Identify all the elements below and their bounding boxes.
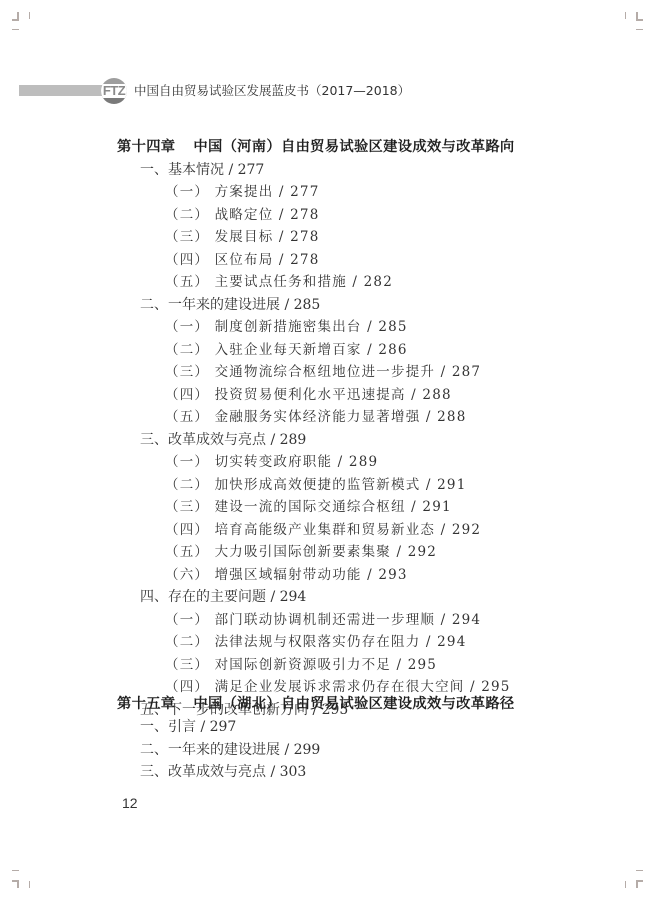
toc-subsection-entry[interactable]: （二） 法律法规与权限落实仍存在阻力 / 294 xyxy=(165,632,467,652)
chapter-title: 中国（湖北）自由贸易试验区建设成效与改革路径 xyxy=(193,696,514,712)
toc-subsection-entry[interactable]: （二） 入驻企业每天新增百家 / 286 xyxy=(165,340,408,360)
toc-subsection-entry[interactable]: （一） 部门联动协调机制还需进一步理顺 / 294 xyxy=(165,610,481,630)
header-decorative-bar xyxy=(19,85,102,96)
toc-subsection-entry[interactable]: （一） 方案提出 / 277 xyxy=(165,182,320,202)
toc-subsection-entry[interactable]: （四） 培育高能级产业集群和贸易新业态 / 292 xyxy=(165,520,481,540)
toc-section-entry[interactable]: 三、改革成效与亮点 / 303 xyxy=(140,762,306,782)
toc-subsection-entry[interactable]: （五） 大力吸引国际创新要素集聚 / 292 xyxy=(165,542,437,562)
crop-mark-bottom-right-h xyxy=(636,880,643,882)
toc-subsection-entry[interactable]: （六） 增强区域辐射带动功能 / 293 xyxy=(165,565,408,585)
toc-subsection-entry[interactable]: （三） 发展目标 / 278 xyxy=(165,227,320,247)
toc-section-entry[interactable]: 三、改革成效与亮点 / 289 xyxy=(140,430,306,450)
crop-mark-top-left-tick2 xyxy=(12,29,19,30)
toc-chapter-heading[interactable]: 第十四章中国（河南）自由贸易试验区建设成效与改革路向 xyxy=(117,137,515,157)
toc-subsection-entry[interactable]: （五） 金融服务实体经济能力显著增强 / 288 xyxy=(165,407,467,427)
toc-section-entry[interactable]: 二、一年来的建设进展 / 299 xyxy=(140,740,320,760)
logo-text: FTZ xyxy=(101,84,127,98)
crop-mark-bottom-left-h xyxy=(12,880,19,882)
toc-subsection-entry[interactable]: （三） 对国际创新资源吸引力不足 / 295 xyxy=(165,655,437,675)
crop-mark-bottom-left-tick xyxy=(29,881,30,888)
crop-mark-top-right-tick2 xyxy=(636,29,643,30)
toc-subsection-entry[interactable]: （二） 加快形成高效便捷的监管新模式 / 291 xyxy=(165,475,467,495)
crop-mark-top-left-tick xyxy=(29,12,30,19)
crop-mark-bottom-right-tick xyxy=(625,881,626,888)
toc-section-entry[interactable]: 二、一年来的建设进展 / 285 xyxy=(140,295,320,315)
toc-subsection-entry[interactable]: （三） 交通物流综合枢纽地位进一步提升 / 287 xyxy=(165,362,481,382)
running-header-title: 中国自由贸易试验区发展蓝皮书（2017—2018） xyxy=(134,81,410,99)
chapter-number: 第十五章 xyxy=(117,696,175,712)
toc-subsection-entry[interactable]: （二） 战略定位 / 278 xyxy=(165,205,320,225)
crop-mark-bottom-right-tick2 xyxy=(636,870,643,871)
crop-mark-top-right-h xyxy=(636,19,643,21)
toc-subsection-entry[interactable]: （三） 建设一流的国际交通综合枢纽 / 291 xyxy=(165,497,452,517)
chapter-title: 中国（河南）自由贸易试验区建设成效与改革路向 xyxy=(193,139,514,155)
ftz-logo-icon: FTZ xyxy=(101,78,127,104)
toc-subsection-entry[interactable]: （四） 投资贸易便利化水平迅速提高 / 288 xyxy=(165,385,452,405)
toc-subsection-entry[interactable]: （四） 区位布局 / 278 xyxy=(165,250,320,270)
crop-mark-top-right-tick xyxy=(625,12,626,19)
page-number: 12 xyxy=(122,795,138,811)
crop-mark-bottom-left-tick2 xyxy=(12,870,19,871)
chapter-number: 第十四章 xyxy=(117,139,175,155)
toc-subsection-entry[interactable]: （五） 主要试点任务和措施 / 282 xyxy=(165,272,393,292)
toc-chapter-heading[interactable]: 第十五章中国（湖北）自由贸易试验区建设成效与改革路径 xyxy=(117,694,515,714)
crop-mark-top-left-h xyxy=(12,19,19,21)
toc-subsection-entry[interactable]: （一） 制度创新措施密集出台 / 285 xyxy=(165,317,408,337)
logo-band: FTZ xyxy=(101,84,127,98)
toc-section-entry[interactable]: 一、引言 / 297 xyxy=(140,717,236,737)
toc-section-entry[interactable]: 一、基本情况 / 277 xyxy=(140,160,264,180)
toc-section-entry[interactable]: 四、存在的主要问题 / 294 xyxy=(140,587,306,607)
toc-subsection-entry[interactable]: （一） 切实转变政府职能 / 289 xyxy=(165,452,378,472)
